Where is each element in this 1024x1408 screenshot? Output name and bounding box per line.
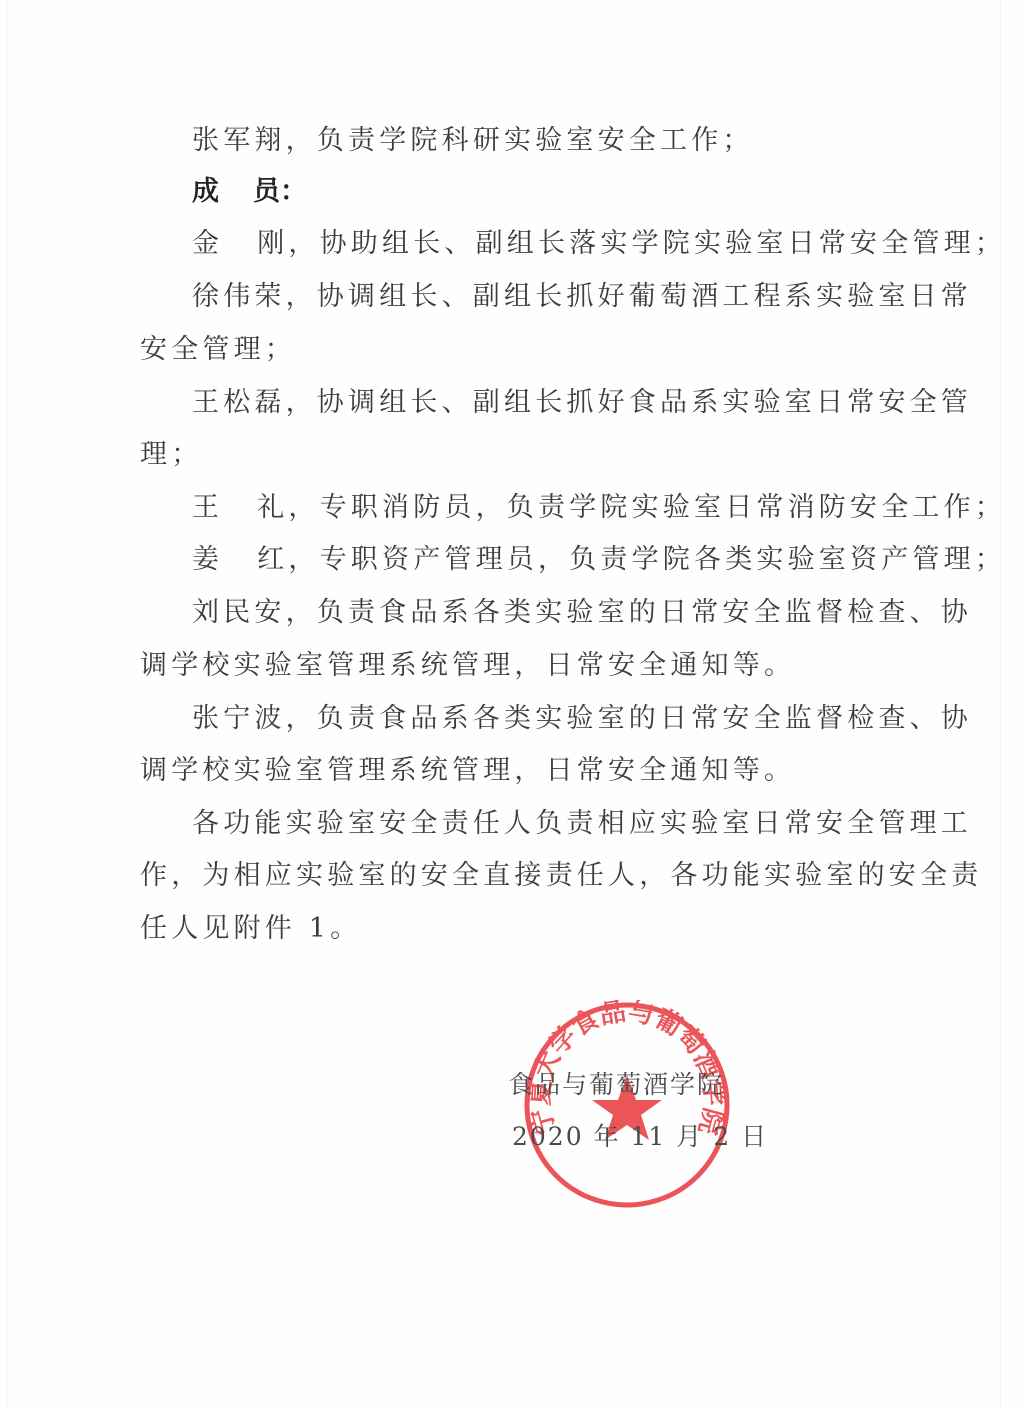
official-seal-stamp: 宁夏大学食品与葡萄酒学院	[522, 1000, 732, 1210]
member-name: 金	[192, 228, 223, 259]
member-duty: 红，专职资产管理员，负责学院各类实验室资产管理；	[257, 544, 1006, 575]
line-closing-3: 任人见附件 1。	[140, 915, 361, 942]
member-name: 王	[192, 492, 223, 523]
line-wang-songlei-2: 理；	[140, 441, 202, 468]
line-zhang-junxiang: 张军翔，负责学院科研实验室安全工作；	[192, 127, 754, 154]
line-zhang-ningbo-2: 调学校实验室管理系统管理，日常安全通知等。	[140, 757, 795, 784]
member-duty: 刚，协助组长、副组长落实学院实验室日常安全管理；	[257, 228, 1006, 259]
signature-date: 2020 年 11 月 2 日	[512, 1117, 768, 1153]
scan-edge-left	[6, 0, 7, 1408]
line-jiang-hong: 姜红，专职资产管理员，负责学院各类实验室资产管理；	[192, 546, 1006, 573]
document-page: 张军翔，负责学院科研实验室安全工作； 成员： 金刚，协助组长、副组长落实学院实验…	[0, 0, 1024, 1408]
line-zhang-ningbo-1: 张宁波，负责食品系各类实验室的日常安全监督检查、协	[192, 705, 866, 732]
line-jin-gang: 金刚，协助组长、副组长落实学院实验室日常安全管理；	[192, 230, 1006, 257]
scan-edge-right	[1000, 0, 1001, 1408]
line-liu-minan-1: 刘民安，负责食品系各类实验室的日常安全监督检查、协	[192, 599, 866, 626]
line-xu-weirong-2: 安全管理；	[140, 336, 296, 363]
line-wang-li: 王礼，专职消防员，负责学院实验室日常消防安全工作；	[192, 494, 1006, 521]
members-heading-part-a: 成	[192, 176, 219, 207]
members-heading-part-b: 员：	[253, 176, 307, 207]
members-heading: 成员：	[192, 178, 307, 205]
member-name: 姜	[192, 544, 223, 575]
line-closing-2: 作，为相应实验室的安全直接责任人，各功能实验室的安全责	[140, 862, 866, 889]
line-closing-1: 各功能实验室安全责任人负责相应实验室日常安全管理工	[192, 810, 866, 837]
line-wang-songlei-1: 王松磊，协调组长、副组长抓好食品系实验室日常安全管	[192, 389, 866, 416]
member-duty: 礼，专职消防员，负责学院实验室日常消防安全工作；	[257, 492, 1006, 523]
line-liu-minan-2: 调学校实验室管理系统管理，日常安全通知等。	[140, 652, 795, 679]
signature-org: 食品与葡萄酒学院	[508, 1065, 724, 1101]
line-xu-weirong-1: 徐伟荣，协调组长、副组长抓好葡萄酒工程系实验室日常	[192, 283, 866, 310]
